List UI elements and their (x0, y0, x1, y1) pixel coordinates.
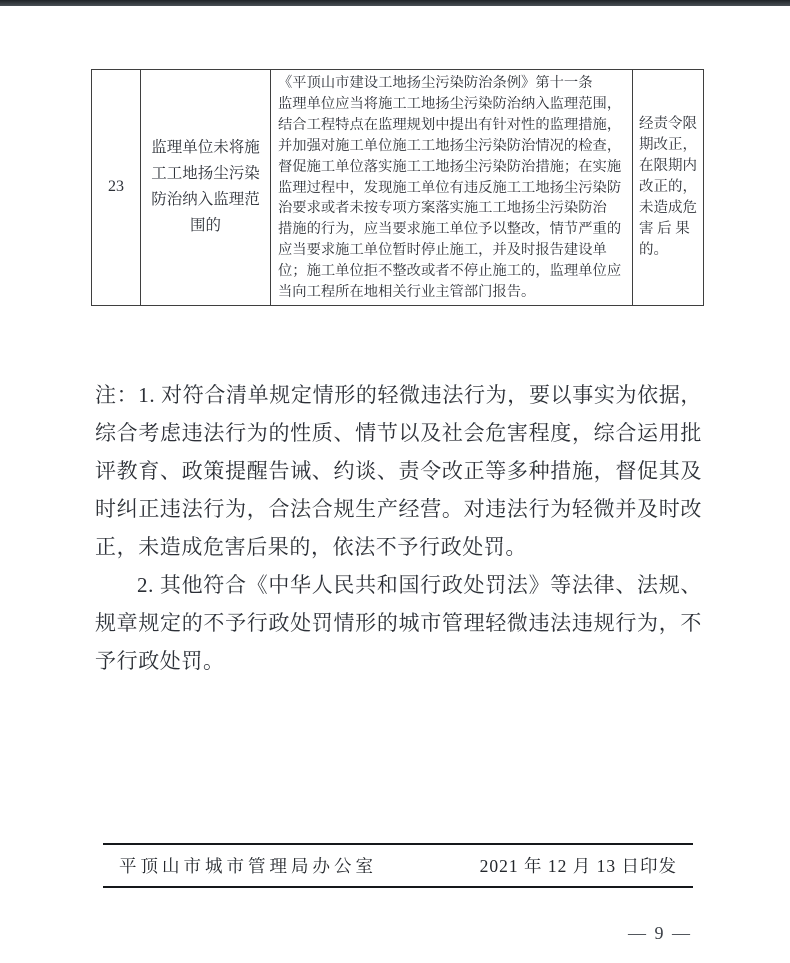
note-paragraph-1: 注：1. 对符合清单规定情形的轻微违法行为，要以事实为依据，综合考虑违法行为的性… (95, 376, 702, 566)
footer-row: 平顶山市城市管理局办公室 2021 年 12 月 13 日印发 (103, 845, 693, 886)
violation-description-cell: 监理单位未将施 工工地扬尘污染 防治纳入监理范 围的 (141, 70, 271, 306)
legal-basis-cell: 《平顶山市建设工地扬尘污染防治条例》第十一条 监理单位应当将施工工地扬尘污染防治… (271, 70, 633, 306)
exemption-condition-cell: 经责令限 期改正， 在限期内 改正的， 未造成危 害 后 果 的。 (633, 70, 704, 306)
issuer-office: 平顶山市城市管理局办公室 (119, 853, 377, 878)
note-paragraph-2: 2. 其他符合《中华人民共和国行政处罚法》等法律、法规、规章规定的不予行政处罚情… (95, 566, 702, 680)
penalty-list-table: 23 监理单位未将施 工工地扬尘污染 防治纳入监理范 围的 《平顶山市建设工地扬… (91, 69, 704, 306)
notes-section: 注：1. 对符合清单规定情形的轻微违法行为，要以事实为依据，综合考虑违法行为的性… (95, 376, 702, 680)
footer-bottom-rule (103, 886, 693, 888)
footer-block: 平顶山市城市管理局办公室 2021 年 12 月 13 日印发 (103, 843, 693, 888)
print-date: 2021 年 12 月 13 日印发 (480, 853, 677, 878)
page-number: — 9 — (600, 923, 720, 944)
row-number-cell: 23 (92, 70, 141, 306)
table-row: 23 监理单位未将施 工工地扬尘污染 防治纳入监理范 围的 《平顶山市建设工地扬… (92, 70, 704, 306)
scan-edge-bar (0, 0, 790, 6)
